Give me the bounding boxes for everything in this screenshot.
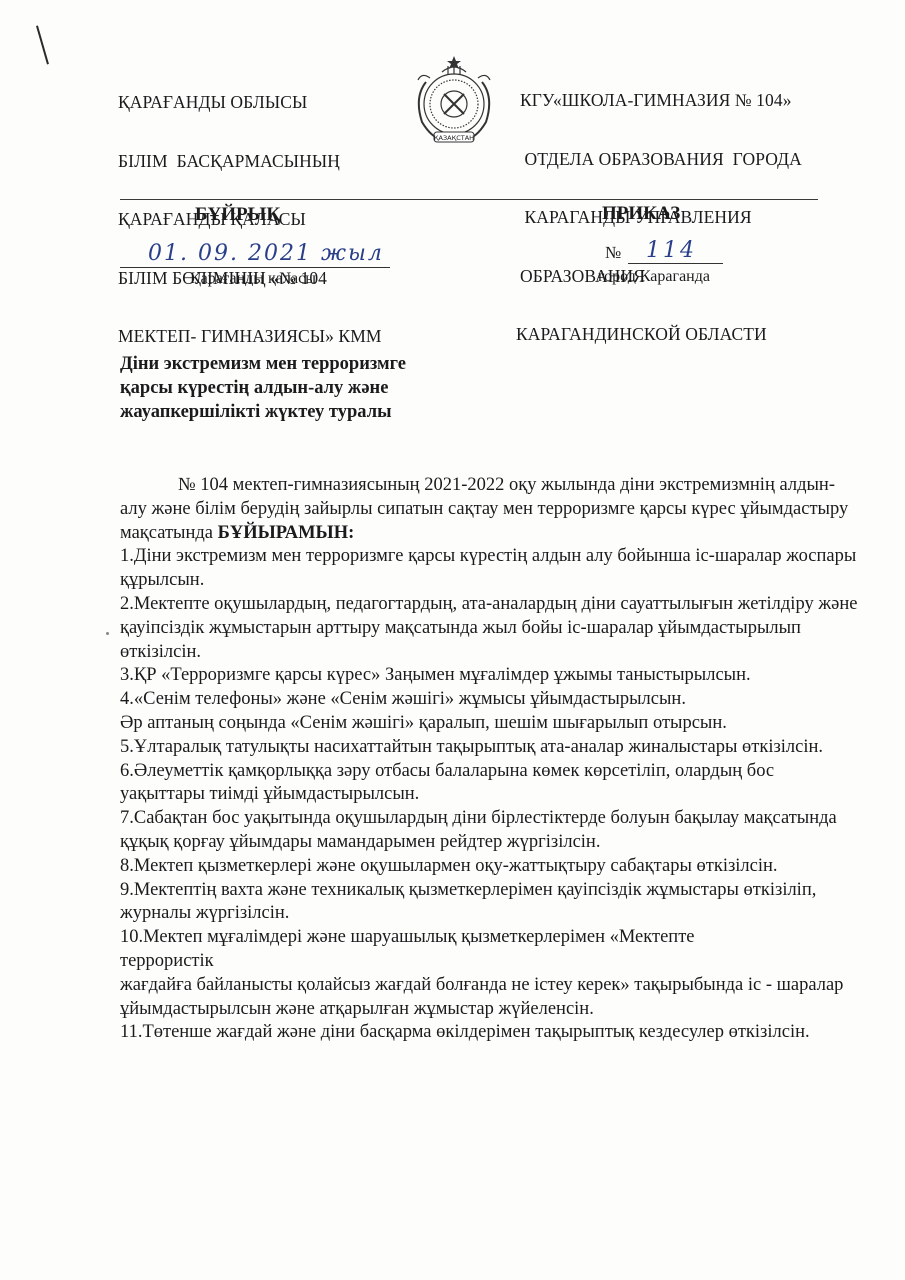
- order-item: 1.Діни экстремизм мен терроризмге қарсы …: [120, 545, 860, 593]
- order-item: Әр аптаның соңында «Сенім жәшігі» қаралы…: [120, 712, 860, 736]
- order-directive: БҰЙЫРАМЫН:: [218, 523, 355, 543]
- number-underline: [628, 263, 723, 264]
- order-item: 3.ҚР «Терроризмге қарсы күрес» Заңымен м…: [120, 664, 860, 688]
- intro-paragraph: № 104 мектеп-гимназиясының 2021-2022 оқу…: [120, 474, 860, 545]
- order-title-kk: БҰЙРЫҚ: [195, 204, 280, 226]
- order-title-ru: ПРИКАЗ: [602, 203, 680, 225]
- subject-line: қарсы күрестің алдын-алу және: [120, 376, 480, 400]
- order-item: 11.Төтенше жағдай және діни басқарма өкі…: [120, 1021, 860, 1045]
- order-item: 10.Мектеп мұғалімдері және шаруашылық қы…: [120, 926, 760, 974]
- city-ru: город Караганда: [598, 268, 710, 286]
- header-line: КАРАГАНДИНСКОЙ ОБЛАСТИ: [516, 325, 802, 345]
- svg-text:ҚАЗАҚСТАН: ҚАЗАҚСТАН: [434, 134, 474, 142]
- order-item: 8.Мектеп қызметкерлері және оқушылармен …: [120, 855, 860, 879]
- order-item: 2.Мектепте оқушылардың, педагогтардың, а…: [120, 593, 860, 664]
- order-item: жағдайға байланысты қолайсыз жағдай болғ…: [120, 974, 860, 1022]
- kazakhstan-state-emblem-icon: ҚАЗАҚСТАН: [404, 52, 504, 152]
- date-underline: [120, 267, 390, 268]
- order-item: 6.Әлеуметтік қамқорлыққа зәру отбасы бал…: [120, 760, 860, 808]
- subject-line: жауапкершілікті жүктеу туралы: [120, 400, 480, 424]
- header-line: ОТДЕЛА ОБРАЗОВАНИЯ ГОРОДА: [520, 150, 802, 170]
- header-line: КГУ«ШКОЛА-ГИМНАЗИЯ № 104»: [520, 91, 802, 111]
- subject-line: Діни экстремизм мен терроризмге: [120, 352, 480, 376]
- header-divider: [120, 199, 818, 200]
- pen-mark: [36, 25, 49, 64]
- order-number-label: №: [605, 243, 621, 263]
- header-line: БІЛІМ БАСҚАРМАСЫНЫҢ: [118, 152, 382, 172]
- city-kk: Қарағанды қаласы: [190, 270, 316, 288]
- header-line: ҚАРАҒАНДЫ ОБЛЫСЫ: [118, 93, 382, 113]
- order-body: № 104 мектеп-гимназиясының 2021-2022 оқу…: [120, 474, 860, 1045]
- header-line: МЕКТЕП- ГИМНАЗИЯСЫ» КММ: [118, 327, 382, 347]
- scan-speck: [106, 632, 109, 635]
- order-subject: Діни экстремизм мен терроризмге қарсы кү…: [120, 352, 480, 424]
- order-item: 5.Ұлтаралық татулықты насихаттайтын тақы…: [120, 736, 860, 760]
- order-number: 114: [646, 238, 697, 263]
- order-item: 7.Сабақтан бос уақытында оқушылардың дін…: [120, 807, 860, 855]
- order-item: 9.Мектептің вахта және техникалық қызмет…: [120, 879, 860, 927]
- order-item: 4.«Сенім телефоны» және «Сенім жәшігі» ж…: [120, 688, 860, 712]
- order-date: 01. 09. 2021 жыл: [148, 241, 384, 266]
